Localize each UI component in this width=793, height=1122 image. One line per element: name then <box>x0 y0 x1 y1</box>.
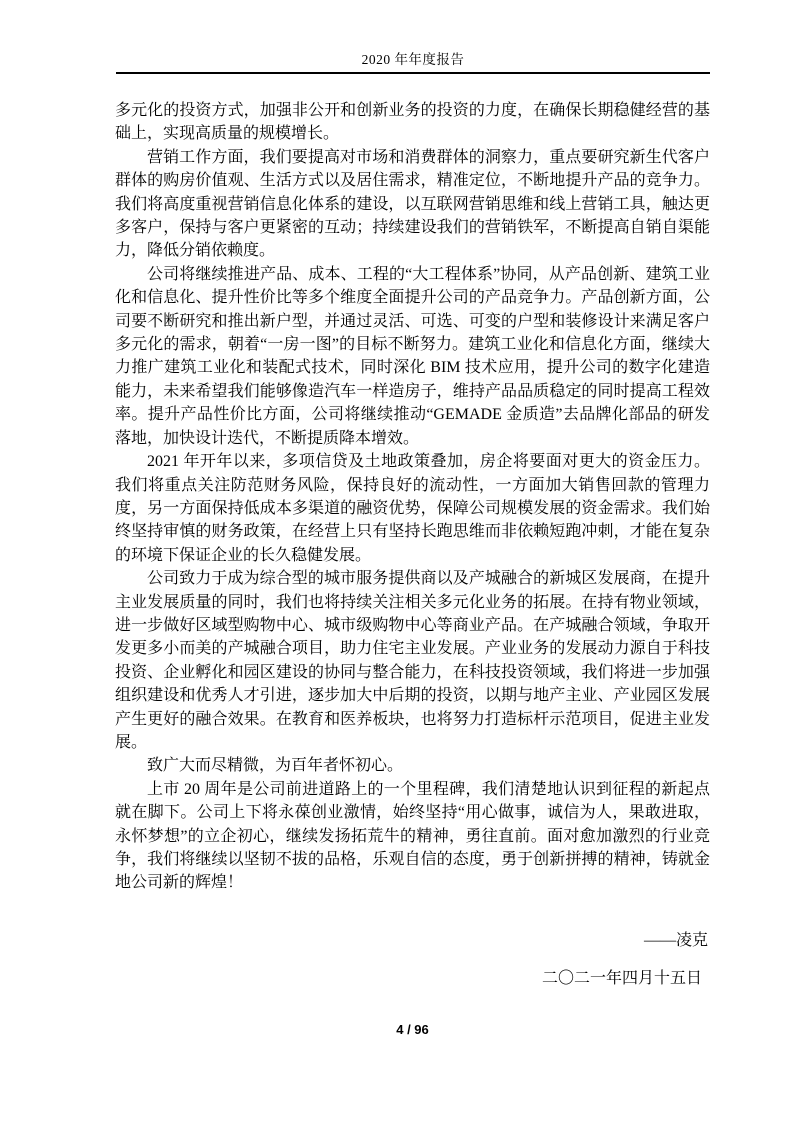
report-page: 2020 年年度报告 多元化的投资方式，加强非公开和创新业务的投资的力度，在确保… <box>0 0 793 1122</box>
paragraph: 营销工作方面，我们要提高对市场和消费群体的洞察力，重点要研究新生代客户群体的购房… <box>115 146 710 263</box>
page-number: 4 / 96 <box>396 1022 429 1037</box>
paragraph: 致广大而尽精微，为百年者怀初心。 <box>115 754 710 777</box>
letter-body: 多元化的投资方式，加强非公开和创新业务的投资的力度，在确保长期稳健经营的基础上，… <box>115 99 710 895</box>
signature: ——凌克 <box>115 929 710 952</box>
paragraph: 上市 20 周年是公司前进道路上的一个里程碑，我们清楚地认识到征程的新起点就在脚… <box>115 778 710 895</box>
paragraph: 公司致力于成为综合型的城市服务提供商以及产城融合的新城区发展商，在提升主业发展质… <box>115 567 710 754</box>
paragraph: 公司将继续推进产品、成本、工程的“大工程体系”协同，从产品创新、建筑工业化和信息… <box>115 263 710 450</box>
paragraph: 多元化的投资方式，加强非公开和创新业务的投资的力度，在确保长期稳健经营的基础上，… <box>115 99 710 146</box>
header-title: 2020 年年度报告 <box>362 52 465 67</box>
page-footer: 4 / 96 <box>115 1022 710 1037</box>
signature-date: 二〇二一年四月十五日 <box>115 967 710 990</box>
paragraph: 2021 年开年以来，多项信贷及土地政策叠加，房企将要面对更大的资金压力。我们将… <box>115 450 710 567</box>
page-header: 2020 年年度报告 <box>116 51 710 74</box>
